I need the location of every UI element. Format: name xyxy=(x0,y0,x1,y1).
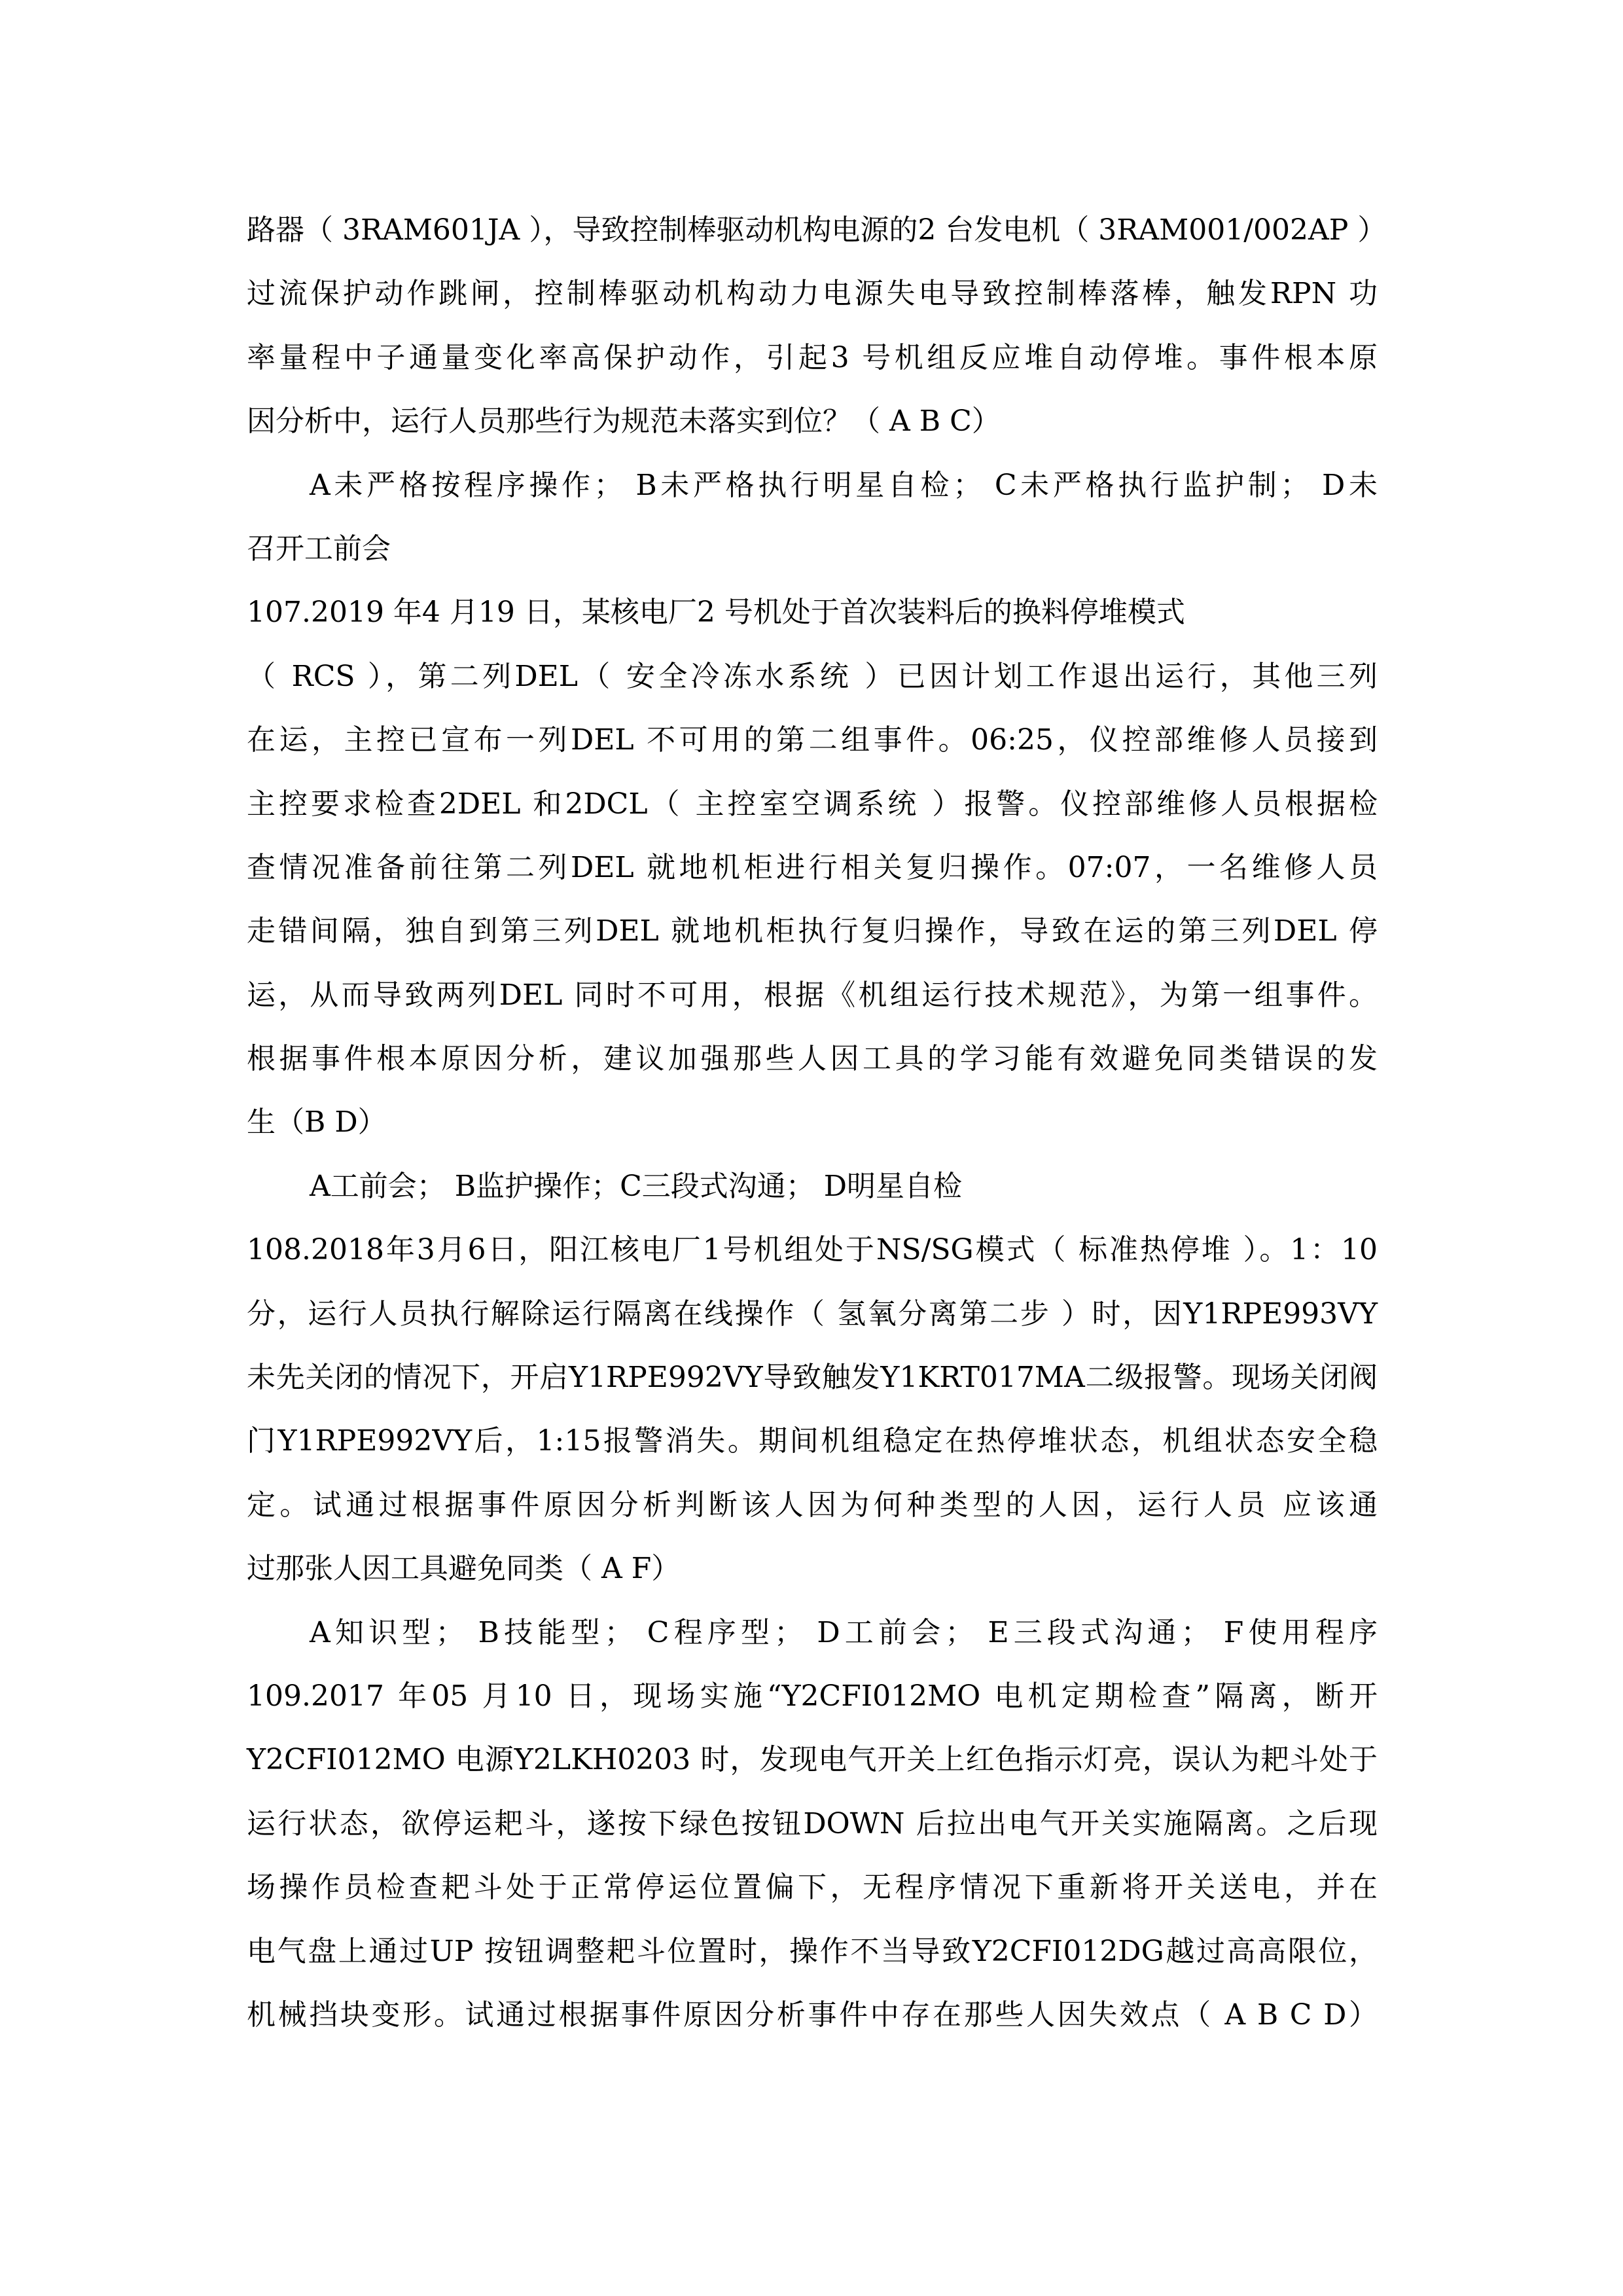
text-line: 运行状态，欲停运耙斗，遂按下绿色按钮DOWN 后拉出电气开关实施隔离。之后现 xyxy=(247,1801,1378,1864)
text-line: 查情况准备前往第二列DEL 就地机柜进行相关复归操作。07:07，一名维修人员 xyxy=(247,844,1378,908)
text-line: 走错间隔，独自到第三列DEL 就地机柜执行复归操作，导致在运的第三列DEL 停 xyxy=(247,908,1378,971)
document-page: 路器（ 3RAM601JA ），导致控制棒驱动机构电源的2 台发电机（ 3RAM… xyxy=(0,0,1623,2296)
options-line: A未严格按程序操作； B未严格执行明星自检； C未严格执行监护制； D未 xyxy=(247,462,1378,526)
text-line: 分，运行人员执行解除运行隔离在线操作（ 氢氧分离第二步 ）时，因Y1RPE993… xyxy=(247,1291,1378,1354)
text-line: 率量程中子通量变化率高保护动作，引起3 号机组反应堆自动停堆。事件根本原 xyxy=(247,334,1378,398)
options-line: A知识型； B技能型； C程序型； D工前会； E三段式沟通； F使用程序 xyxy=(247,1609,1378,1673)
text-line: 生（B D） xyxy=(247,1099,1378,1162)
question-109-stem: 109.2017 年05 月10 日，现场实施“Y2CFI012MO 电机定期检… xyxy=(247,1673,1378,2055)
text-line: 运，从而导致两列DEL 同时不可用，根据《机组运行技术规范》，为第一组事件。 xyxy=(247,972,1378,1035)
text-line: 场操作员检查耙斗处于正常停运位置偏下，无程序情况下重新将开关送电，并在 xyxy=(247,1864,1378,1928)
text-line: 电气盘上通过UP 按钮调整耙斗位置时，操作不当导致Y2CFI012DG越过高高限… xyxy=(247,1928,1378,1992)
text-line: Y2CFI012MO 电源Y2LKH0203 时，发现电气开关上红色指示灯亮，误… xyxy=(247,1736,1378,1800)
text-line: 109.2017 年05 月10 日，现场实施“Y2CFI012MO 电机定期检… xyxy=(247,1673,1378,1736)
question-107-stem: 107.2019 年4 月19 日，某核电厂2 号机处于首次装料后的换料停堆模式… xyxy=(247,589,1378,1163)
text-line: （ RCS ），第二列DEL（ 安全冷冻水系统 ）已因计划工作退出运行，其他三列 xyxy=(247,653,1378,717)
text-line: 过流保护动作跳闸，控制棒驱动机构动力电源失电导致控制棒落棒，触发RPN 功 xyxy=(247,270,1378,334)
question-106-stem: 路器（ 3RAM601JA ），导致控制棒驱动机构电源的2 台发电机（ 3RAM… xyxy=(247,207,1378,462)
text-line: 过那张人因工具避免同类（ A F） xyxy=(247,1545,1378,1609)
text-line: 107.2019 年4 月19 日，某核电厂2 号机处于首次装料后的换料停堆模式 xyxy=(247,589,1378,653)
question-107-options: A工前会； B监护操作；C三段式沟通； D明星自检 xyxy=(247,1163,1378,1227)
question-108-stem: 108.2018年3月6日，阳江核电厂1号机组处于NS/SG模式（ 标准热停堆 … xyxy=(247,1227,1378,1609)
text-line: 主控要求检查2DEL 和2DCL（ 主控室空调系统 ）报警。仪控部维修人员根据检 xyxy=(247,781,1378,844)
question-106-options: A未严格按程序操作； B未严格执行明星自检； C未严格执行监护制； D未 召开工… xyxy=(247,462,1378,590)
text-line: 在运，主控已宣布一列DEL 不可用的第二组事件。06:25，仪控部维修人员接到 xyxy=(247,717,1378,780)
text-line: 因分析中，运行人员那些行为规范未落实到位？（ A B C） xyxy=(247,398,1378,461)
text-line: 路器（ 3RAM601JA ），导致控制棒驱动机构电源的2 台发电机（ 3RAM… xyxy=(247,207,1378,270)
text-line: 机械挡块变形。试通过根据事件原因分析事件中存在那些人因失效点（ A B C D） xyxy=(247,1992,1378,2055)
document-body: 路器（ 3RAM601JA ），导致控制棒驱动机构电源的2 台发电机（ 3RAM… xyxy=(247,207,1378,2055)
text-line: 108.2018年3月6日，阳江核电厂1号机组处于NS/SG模式（ 标准热停堆 … xyxy=(247,1227,1378,1290)
text-line: 门Y1RPE992VY后，1:15报警消失。期间机组稳定在热停堆状态，机组状态安… xyxy=(247,1418,1378,1481)
options-line: A工前会； B监护操作；C三段式沟通； D明星自检 xyxy=(247,1163,1378,1227)
question-108-options: A知识型； B技能型； C程序型； D工前会； E三段式沟通； F使用程序 xyxy=(247,1609,1378,1673)
text-line: 未先关闭的情况下，开启Y1RPE992VY导致触发Y1KRT017MA二级报警。… xyxy=(247,1354,1378,1418)
options-line: 召开工前会 xyxy=(247,526,1378,589)
text-line: 根据事件根本原因分析，建议加强那些人因工具的学习能有效避免同类错误的发 xyxy=(247,1035,1378,1099)
text-line: 定。试通过根据事件原因分析判断该人因为何种类型的人因，运行人员 应该通 xyxy=(247,1482,1378,1545)
